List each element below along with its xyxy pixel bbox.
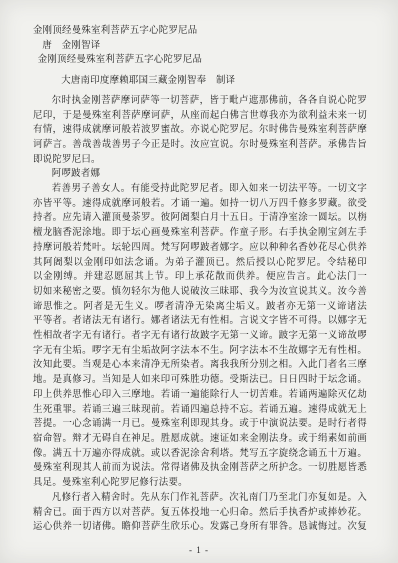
text-line: 凡修行者入精舍时。先从东门作礼菩萨。次礼南门乃至北门亦复如是。入: [33, 491, 367, 506]
text-line: 地。是真修习。当知是人如来印可殊胜功德。受斯法已。日日四时于坛念诵。: [33, 373, 367, 388]
header-line: 唐 金刚智译: [33, 39, 367, 54]
text-line: 亦皆平等。速得成就摩诃般若。才诵一遍。如持一切八万四千修多罗藏。欲受: [33, 197, 367, 212]
text-line: 即说陀罗尼曰。: [33, 153, 367, 168]
text-line: 性相故者字无有诸行。者字无有诸行故跛字无第一义谛。跛字无第一义谛故啰: [33, 329, 367, 344]
text-line: 印上供养思惟心印入三摩地。若诵一遍能除行人一切苦难。若诵两遍除灭亿劫: [33, 388, 367, 403]
text-line: 持者。应先请入灌顶曼荼罗。彼阿阇梨白月十五日。于清净室涂一圆坛。以栴: [33, 211, 367, 226]
text-line: 诃萨言。善哉善哉善男子今正是时。汝应宣说。尔时曼殊室利菩萨。承佛告旨: [33, 138, 367, 153]
header-line: 金刚顶经曼殊室利菩萨五字心陀罗尼品: [33, 24, 367, 39]
text-line: 像。满五十万遍亦得成就。或以香泥涂舍利塔。梵写五字旋绕念诵五十万遍。: [33, 447, 367, 462]
text-line: 以金刚缚。并建忍愿屈其上节。印上承花散而供养。便应告言。此心法门一: [33, 270, 367, 285]
text-line: 具足。曼殊室利心陀罗尼修行法要。: [33, 476, 367, 491]
text-line: 尼印，于是曼殊室利菩萨摩诃萨，从座而起白佛言世尊我亦为欲利益未来一切: [33, 109, 367, 124]
header-line: 金刚顶经曼殊室利菩萨五字心陀罗尼品: [33, 53, 367, 68]
text-line: 若善男子善女人。有能受持此陀罗尼者。即入如来一切法平等。一切文字: [33, 182, 367, 197]
header-line: 大唐南印度摩赖耶国三藏金刚智奉 制译: [33, 74, 367, 89]
text-line: 阿啰跛者娜: [33, 167, 367, 182]
page-number: - 1 -: [0, 545, 398, 556]
text-line: 檀龙脑香泥涂地。即于坛心画曼殊室利菩萨。作童子形。右手执金刚宝剑左手: [33, 226, 367, 241]
text-line: 宿命智。辩才无碍自在神足。胜愿成就。速证如来金刚法身。或于绢素如前画: [33, 432, 367, 447]
text-line: 其阿阇梨以金刚印如法念诵。为弟子灌顶已。然后授以心陀罗尼。令结秘印: [33, 256, 367, 271]
text-line: 字无有尘垢。啰字无有尘垢故阿字法本不生。阿字法本不生故娜字无有性相。: [33, 344, 367, 359]
text-line: 运心供养一切诸佛。瞻仰菩萨生欣乐心。发露己身所有罪咎。恳诚悔过。次复: [33, 520, 367, 535]
text-line: 汝知此要。当观是心本来清净无所染者。离我我所分别之相。入此门者名三摩: [33, 358, 367, 373]
text-line: 曼殊室利现其人前而为说法。常得诸佛及执金刚菩萨之所护念。一切胜愿皆悉: [33, 461, 367, 476]
sutra-page: 金刚顶经曼殊室利菩萨五字心陀罗尼品唐 金刚智译金刚顶经曼殊室利菩萨五字心陀罗尼品…: [0, 0, 398, 563]
text-line: 精舍已。面于西方以对菩萨。复五体投地一心归命。然后手执香炉或捧妙花。: [33, 506, 367, 521]
text-line: 谛思惟之。阿者是无生义。啰者清净无染离尘垢义。跛者亦无第一义谛诸法: [33, 300, 367, 315]
text-line: 切如来秘密之要。慎勿轻尔为他人说破汝三昧耶、我今为汝宣说其义。汝今善: [33, 285, 367, 300]
text-line: 尔时执金刚菩萨摩诃萨等一切菩萨，皆于毗卢遮那佛前，各各自说心陀罗: [33, 94, 367, 109]
text-line: 持摩诃般若梵叶。坛轮四周。梵写阿啰跛者娜字。应以种种名香妙花尽心供养: [33, 241, 367, 256]
text-line: 生死重罪。若诵三遍三昧现前。若诵四遍总持不忘。若诵五遍。速得成就无上: [33, 403, 367, 418]
text-line: 菩提。一心念诵满一月已。曼殊室利即现其身。或于中演说法要。是时行者得: [33, 417, 367, 432]
text-line: 平等者。者诸法无有诸行。娜者诸法无有性相。言说文字皆不可得。以娜字无: [33, 314, 367, 329]
body-text: 金刚顶经曼殊室利菩萨五字心陀罗尼品唐 金刚智译金刚顶经曼殊室利菩萨五字心陀罗尼品…: [33, 24, 367, 535]
text-line: 有情，速得成就摩诃般若波罗蜜故。亦说心陀罗尼。尔时佛告曼殊室利菩萨摩: [33, 123, 367, 138]
